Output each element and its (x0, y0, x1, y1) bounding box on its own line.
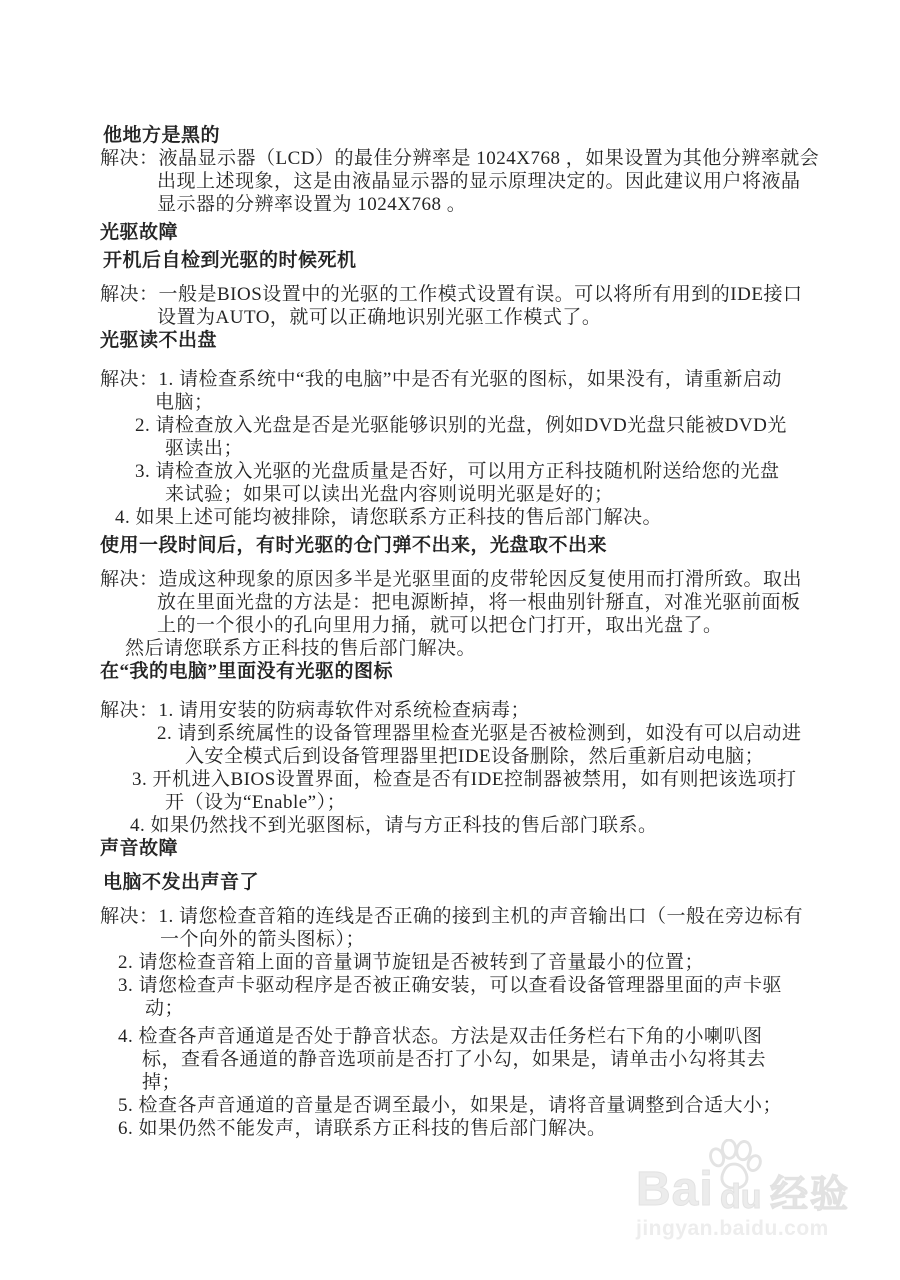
document-line: 解决：1. 请您检查音箱的连线是否正确的接到主机的声音输出口（一般在旁边标有 (100, 905, 870, 928)
document-body: 他地方是黑的解决：液晶显示器（LCD）的最佳分辨率是 1024X768 ，如果设… (100, 124, 870, 1140)
document-line: 掉； (100, 1071, 870, 1094)
document-line: 动； (100, 997, 870, 1020)
document-line: 来试验；如果可以读出光盘内容则说明光驱是好的； (100, 483, 870, 506)
section-heading: 光驱读不出盘 (100, 329, 870, 352)
section-heading: 电脑不发出声音了 (100, 871, 870, 894)
section-heading: 在“我的电脑”里面没有光驱的图标 (100, 660, 870, 683)
section-heading: 使用一段时间后，有时光驱的仓门弹不出来，光盘取不出来 (100, 534, 870, 557)
document-line: 出现上述现象，这是由液晶显示器的显示原理决定的。因此建议用户将液晶 (100, 170, 870, 193)
document-line: 2. 请检查放入光盘是否是光驱能够识别的光盘，例如DVD光盘只能被DVD光 (100, 414, 870, 437)
document-line: 2. 请您检查音箱上面的音量调节旋钮是否被转到了音量最小的位置； (100, 951, 870, 974)
document-line: 电脑； (100, 391, 870, 414)
section-heading: 他地方是黑的 (100, 124, 870, 147)
watermark-logo-row: Bai du 经验 (636, 1144, 886, 1214)
document-line: 4. 检查各声音通道是否处于静音状态。方法是双击任务栏右下角的小喇叭图 (100, 1025, 870, 1048)
document-line: 放在里面光盘的方法是：把电源断掉，将一根曲别针掰直，对准光驱前面板 (100, 591, 870, 614)
document-line: 开（设为“Enable”）； (100, 791, 870, 814)
document-line: 5. 检查各声音通道的音量是否调至最小，如果是，请将音量调整到合适大小； (100, 1094, 870, 1117)
document-line: 一个向外的箭头图标）； (100, 928, 870, 951)
document-line: 然后请您联系方正科技的售后部门解决。 (100, 637, 870, 660)
document-line: 解决：1. 请检查系统中“我的电脑”中是否有光驱的图标，如果没有，请重新启动 (100, 368, 870, 391)
document-line: 解决：一般是BIOS设置中的光驱的工作模式设置有误。可以将所有用到的IDE接口 (100, 283, 870, 306)
document-line: 设置为AUTO，就可以正确地识别光驱工作模式了。 (100, 306, 870, 329)
document-line: 4. 如果上述可能均被排除，请您联系方正科技的售后部门解决。 (100, 506, 870, 529)
document-line: 上的一个很小的孔向里用力捅，就可以把仓门打开，取出光盘了。 (100, 614, 870, 637)
document-line: 3. 请您检查声卡驱动程序是否被正确安装，可以查看设备管理器里面的声卡驱 (100, 974, 870, 997)
watermark-jingyan-text: 经验 (770, 1176, 850, 1214)
watermark-url: jingyan.baidu.com (636, 1217, 886, 1241)
document-line: 驱读出； (100, 437, 870, 460)
document-line: 3. 开机进入BIOS设置界面，检查是否有IDE控制器被禁用，如有则把该选项打 (100, 768, 870, 791)
document-line: 标，查看各通道的静音选项前是否打了小勾，如果是，请单击小勾将其去 (100, 1048, 870, 1071)
document-line: 显示器的分辨率设置为 1024X768 。 (100, 193, 870, 216)
watermark-du-text: du (720, 1180, 762, 1214)
document-line: 3. 请检查放入光驱的光盘质量是否好，可以用方正科技随机附送给您的光盘 (100, 460, 870, 483)
watermark-bai-text: Bai (636, 1166, 714, 1214)
section-heading: 开机后自检到光驱的时候死机 (100, 249, 870, 272)
document-line: 解决：1. 请用安装的防病毒软件对系统检查病毒； (100, 699, 870, 722)
baidu-jingyan-watermark: Bai du 经验 jingyan.baidu.com (636, 1144, 886, 1241)
section-heading: 声音故障 (100, 837, 870, 860)
section-heading: 光驱故障 (100, 221, 870, 244)
document-line: 解决：液晶显示器（LCD）的最佳分辨率是 1024X768 ，如果设置为其他分辨… (100, 147, 870, 170)
document-line: 解决：造成这种现象的原因多半是光驱里面的皮带轮因反复使用而打滑所致。取出 (100, 568, 870, 591)
document-line: 4. 如果仍然找不到光驱图标，请与方正科技的售后部门联系。 (100, 814, 870, 837)
scanned-document-page: 他地方是黑的解决：液晶显示器（LCD）的最佳分辨率是 1024X768 ，如果设… (0, 0, 900, 1280)
document-line: 6. 如果仍然不能发声，请联系方正科技的售后部门解决。 (100, 1117, 870, 1140)
document-line: 2. 请到系统属性的设备管理器里检查光驱是否被检测到，如没有可以启动进 (100, 722, 870, 745)
document-line: 入安全模式后到设备管理器里把IDE设备删除，然后重新启动电脑； (100, 745, 870, 768)
